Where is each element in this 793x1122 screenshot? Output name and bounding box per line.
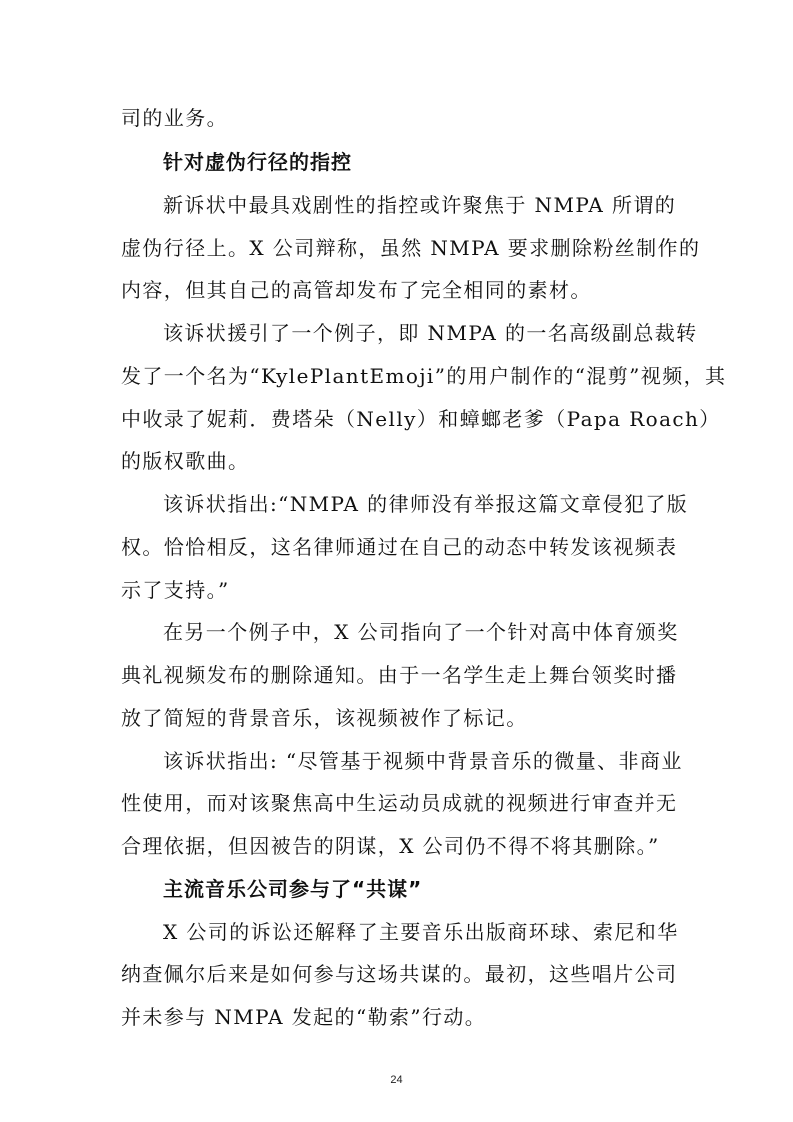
paragraph-line: 中收录了妮莉．费塔朵（Nelly）和蟑螂老爹（Papa Roach） — [121, 407, 673, 431]
paragraph-line: 该诉状指出: “尽管基于视频中背景音乐的微量、非商业 — [163, 749, 673, 773]
paragraph-line: 放了简短的背景音乐，该视频被作了标记。 — [121, 706, 673, 730]
paragraph-line: 纳查佩尔后来是如何参与这场共谋的。最初，这些唱片公司 — [121, 962, 673, 986]
paragraph-line: 虚伪行径上。X 公司辩称，虽然 NMPA 要求删除粉丝制作的 — [121, 236, 673, 260]
paragraph-line: 该诉状援引了一个例子，即 NMPA 的一名高级副总裁转 — [163, 321, 673, 345]
paragraph-line: 性使用，而对该聚焦高中生运动员成就的视频进行审查并无 — [121, 791, 673, 815]
paragraph-line: 该诉状指出:“NMPA 的律师没有举报这篇文章侵犯了版 — [163, 492, 673, 516]
paragraph-line: 的版权歌曲。 — [121, 449, 673, 473]
document-page: 司的业务。 针对虚伪行径的指控 新诉状中最具戏剧性的指控或许聚焦于 NMPA 所… — [0, 0, 793, 1122]
paragraph-line: 并未参与 NMPA 发起的“勒索”行动。 — [121, 1005, 673, 1029]
paragraph-line: 在另一个例子中，X 公司指向了一个针对高中体育颁奖 — [163, 620, 673, 644]
section-heading-conspiracy: 主流音乐公司参与了“共谋” — [163, 877, 422, 901]
paragraph-line: 内容，但其自己的高管却发布了完全相同的素材。 — [121, 278, 673, 302]
paragraph-line: 发了一个名为“KylePlantEmoji”的用户制作的“混剪”视频，其 — [121, 364, 673, 388]
paragraph-line: X 公司的诉讼还解释了主要音乐出版商环球、索尼和华 — [163, 920, 673, 944]
paragraph-line: 司的业务。 — [121, 106, 673, 130]
page-number: 24 — [0, 1074, 793, 1086]
paragraph-line: 示了支持。” — [121, 578, 673, 602]
paragraph-line: 典礼视频发布的删除通知。由于一名学生走上舞台领奖时播 — [121, 663, 673, 687]
paragraph-line: 新诉状中最具戏剧性的指控或许聚焦于 NMPA 所谓的 — [163, 193, 673, 217]
paragraph-line: 权。恰恰相反，这名律师通过在自己的动态中转发该视频表 — [121, 535, 673, 559]
paragraph-line: 合理依据，但因被告的阴谋，X 公司仍不得不将其删除。” — [121, 834, 673, 858]
section-heading-hypocrisy: 针对虚伪行径的指控 — [163, 150, 352, 174]
